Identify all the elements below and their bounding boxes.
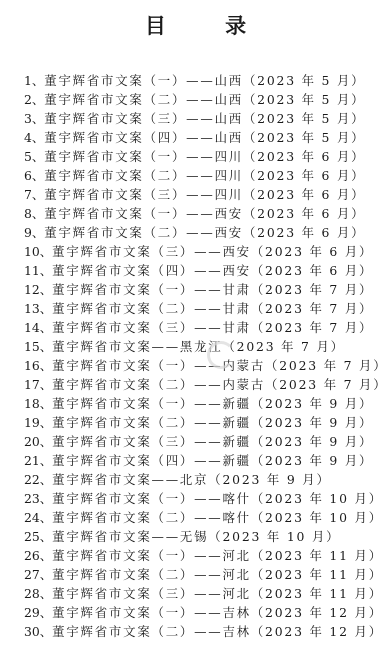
toc-entry-title: 董宇辉省市文案（二）——新疆（2023 年 9 月） [52, 415, 373, 430]
toc-entry-number: 24、 [24, 508, 52, 527]
toc-entry[interactable]: 4、董宇辉省市文案（四）——山西（2023 年 5 月） [24, 128, 391, 147]
toc-entry-number: 11、 [24, 261, 52, 280]
toc-entry-title: 董宇辉省市文案（一）——喀什（2023 年 10 月） [52, 491, 383, 506]
toc-entry-number: 10、 [24, 242, 52, 261]
toc-entry-number: 21、 [24, 451, 52, 470]
toc-entry-title: 董宇辉省市文案（二）——内蒙古（2023 年 7 月） [52, 377, 387, 392]
toc-entry[interactable]: 23、董宇辉省市文案（一）——喀什（2023 年 10 月） [24, 489, 391, 508]
toc-entry-title: 董宇辉省市文案（二）——河北（2023 年 11 月） [52, 567, 383, 582]
toc-entry-title: 董宇辉省市文案（二）——四川（2023 年 6 月） [44, 168, 365, 183]
toc-entry[interactable]: 10、董宇辉省市文案（三）——西安（2023 年 6 月） [24, 242, 391, 261]
toc-entry-number: 2、 [24, 90, 44, 109]
toc-entry[interactable]: 19、董宇辉省市文案（二）——新疆（2023 年 9 月） [24, 413, 391, 432]
toc-entry[interactable]: 27、董宇辉省市文案（二）——河北（2023 年 11 月） [24, 565, 391, 584]
loading-spinner-icon [207, 341, 235, 369]
toc-entry-title: 董宇辉省市文案（一）——西安（2023 年 6 月） [44, 206, 365, 221]
toc-entry-number: 30、 [24, 622, 52, 641]
toc-entry-number: 19、 [24, 413, 52, 432]
toc-entry[interactable]: 18、董宇辉省市文案（一）——新疆（2023 年 9 月） [24, 394, 391, 413]
toc-entry[interactable]: 21、董宇辉省市文案（四）——新疆（2023 年 9 月） [24, 451, 391, 470]
toc-entry-number: 28、 [24, 584, 52, 603]
toc-entry-number: 4、 [24, 128, 44, 147]
toc-entry[interactable]: 20、董宇辉省市文案（三）——新疆（2023 年 9 月） [24, 432, 391, 451]
toc-entry-number: 15、 [24, 337, 52, 356]
toc-entry[interactable]: 30、董宇辉省市文案（二）——吉林（2023 年 12 月） [24, 622, 391, 641]
toc-entry-title: 董宇辉省市文案（一）——吉林（2023 年 12 月） [52, 605, 383, 620]
toc-entry-number: 26、 [24, 546, 52, 565]
toc-entry-number: 27、 [24, 565, 52, 584]
toc-entry[interactable]: 25、董宇辉省市文案——无锡（2023 年 10 月） [24, 527, 391, 546]
toc-entry-number: 16、 [24, 356, 52, 375]
toc-entry-title: 董宇辉省市文案（二）——喀什（2023 年 10 月） [52, 510, 383, 525]
toc-entry-title: 董宇辉省市文案——北京（2023 年 9 月） [52, 472, 331, 487]
toc-entry-title: 董宇辉省市文案（四）——新疆（2023 年 9 月） [52, 453, 373, 468]
toc-entry[interactable]: 2、董宇辉省市文案（二）——山西（2023 年 5 月） [24, 90, 391, 109]
toc-entry[interactable]: 8、董宇辉省市文案（一）——西安（2023 年 6 月） [24, 204, 391, 223]
toc-entry-title: 董宇辉省市文案（二）——西安（2023 年 6 月） [44, 225, 365, 240]
toc-entry-number: 25、 [24, 527, 52, 546]
toc-entry-title: 董宇辉省市文案（二）——吉林（2023 年 12 月） [52, 624, 383, 639]
toc-entry-title: 董宇辉省市文案（四）——山西（2023 年 5 月） [44, 130, 365, 145]
toc-entry-title: 董宇辉省市文案（三）——新疆（2023 年 9 月） [52, 434, 373, 449]
toc-entry-number: 18、 [24, 394, 52, 413]
toc-entry-title: 董宇辉省市文案（四）——西安（2023 年 6 月） [52, 263, 373, 278]
toc-entry-title: 董宇辉省市文案（一）——四川（2023 年 6 月） [44, 149, 365, 164]
toc-entry[interactable]: 6、董宇辉省市文案（二）——四川（2023 年 6 月） [24, 166, 391, 185]
toc-entry-number: 7、 [24, 185, 44, 204]
toc-entry-title: 董宇辉省市文案（一）——山西（2023 年 5 月） [44, 73, 365, 88]
toc-entry-title: 董宇辉省市文案（一）——新疆（2023 年 9 月） [52, 396, 373, 411]
toc-entry[interactable]: 28、董宇辉省市文案（三）——河北（2023 年 11 月） [24, 584, 391, 603]
toc-entry-title: 董宇辉省市文案——无锡（2023 年 10 月） [52, 529, 340, 544]
toc-entry[interactable]: 24、董宇辉省市文案（二）——喀什（2023 年 10 月） [24, 508, 391, 527]
toc-entry-title: 董宇辉省市文案（三）——四川（2023 年 6 月） [44, 187, 365, 202]
toc-entry-title: 董宇辉省市文案（三）——甘肃（2023 年 7 月） [52, 320, 373, 335]
toc-entry-title: 董宇辉省市文案（二）——山西（2023 年 5 月） [44, 92, 365, 107]
toc-entry[interactable]: 9、董宇辉省市文案（二）——西安（2023 年 6 月） [24, 223, 391, 242]
toc-entry[interactable]: 1、董宇辉省市文案（一）——山西（2023 年 5 月） [24, 71, 391, 90]
toc-entry[interactable]: 14、董宇辉省市文案（三）——甘肃（2023 年 7 月） [24, 318, 391, 337]
toc-entry[interactable]: 7、董宇辉省市文案（三）——四川（2023 年 6 月） [24, 185, 391, 204]
toc-entry[interactable]: 26、董宇辉省市文案（一）——河北（2023 年 11 月） [24, 546, 391, 565]
toc-entry-number: 6、 [24, 166, 44, 185]
toc-entry-title: 董宇辉省市文案（三）——西安（2023 年 6 月） [52, 244, 373, 259]
toc-entry-number: 23、 [24, 489, 52, 508]
toc-entry-title: 董宇辉省市文案（一）——河北（2023 年 11 月） [52, 548, 383, 563]
toc-entry[interactable]: 3、董宇辉省市文案（三）——山西（2023 年 5 月） [24, 109, 391, 128]
toc-entry[interactable]: 5、董宇辉省市文案（一）——四川（2023 年 6 月） [24, 147, 391, 166]
toc-entry-number: 14、 [24, 318, 52, 337]
toc-entry-title: 董宇辉省市文案（三）——山西（2023 年 5 月） [44, 111, 365, 126]
toc-entry-title: 董宇辉省市文案（一）——甘肃（2023 年 7 月） [52, 282, 373, 297]
toc-entry-title: 董宇辉省市文案（二）——甘肃（2023 年 7 月） [52, 301, 373, 316]
toc-entry-number: 12、 [24, 280, 52, 299]
toc-entry[interactable]: 11、董宇辉省市文案（四）——西安（2023 年 6 月） [24, 261, 391, 280]
toc-entry-number: 17、 [24, 375, 52, 394]
toc-entry[interactable]: 12、董宇辉省市文案（一）——甘肃（2023 年 7 月） [24, 280, 391, 299]
toc-entry-number: 9、 [24, 223, 44, 242]
toc-entry[interactable]: 29、董宇辉省市文案（一）——吉林（2023 年 12 月） [24, 603, 391, 622]
toc-entry-title: 董宇辉省市文案（三）——河北（2023 年 11 月） [52, 586, 383, 601]
toc-entry-number: 8、 [24, 204, 44, 223]
toc-entry-title: 董宇辉省市文案——黑龙江（2023 年 7 月） [52, 339, 345, 354]
toc-entry-number: 1、 [24, 71, 44, 90]
toc-entry[interactable]: 17、董宇辉省市文案（二）——内蒙古（2023 年 7 月） [24, 375, 391, 394]
toc-entry-number: 20、 [24, 432, 52, 451]
page-title: 目 录 [0, 10, 391, 40]
toc-entry-number: 3、 [24, 109, 44, 128]
toc-entry[interactable]: 22、董宇辉省市文案——北京（2023 年 9 月） [24, 470, 391, 489]
toc-entry-number: 29、 [24, 603, 52, 622]
toc-entry-number: 13、 [24, 299, 52, 318]
toc-entry[interactable]: 13、董宇辉省市文案（二）——甘肃（2023 年 7 月） [24, 299, 391, 318]
toc-entry-number: 22、 [24, 470, 52, 489]
toc-entry-number: 5、 [24, 147, 44, 166]
